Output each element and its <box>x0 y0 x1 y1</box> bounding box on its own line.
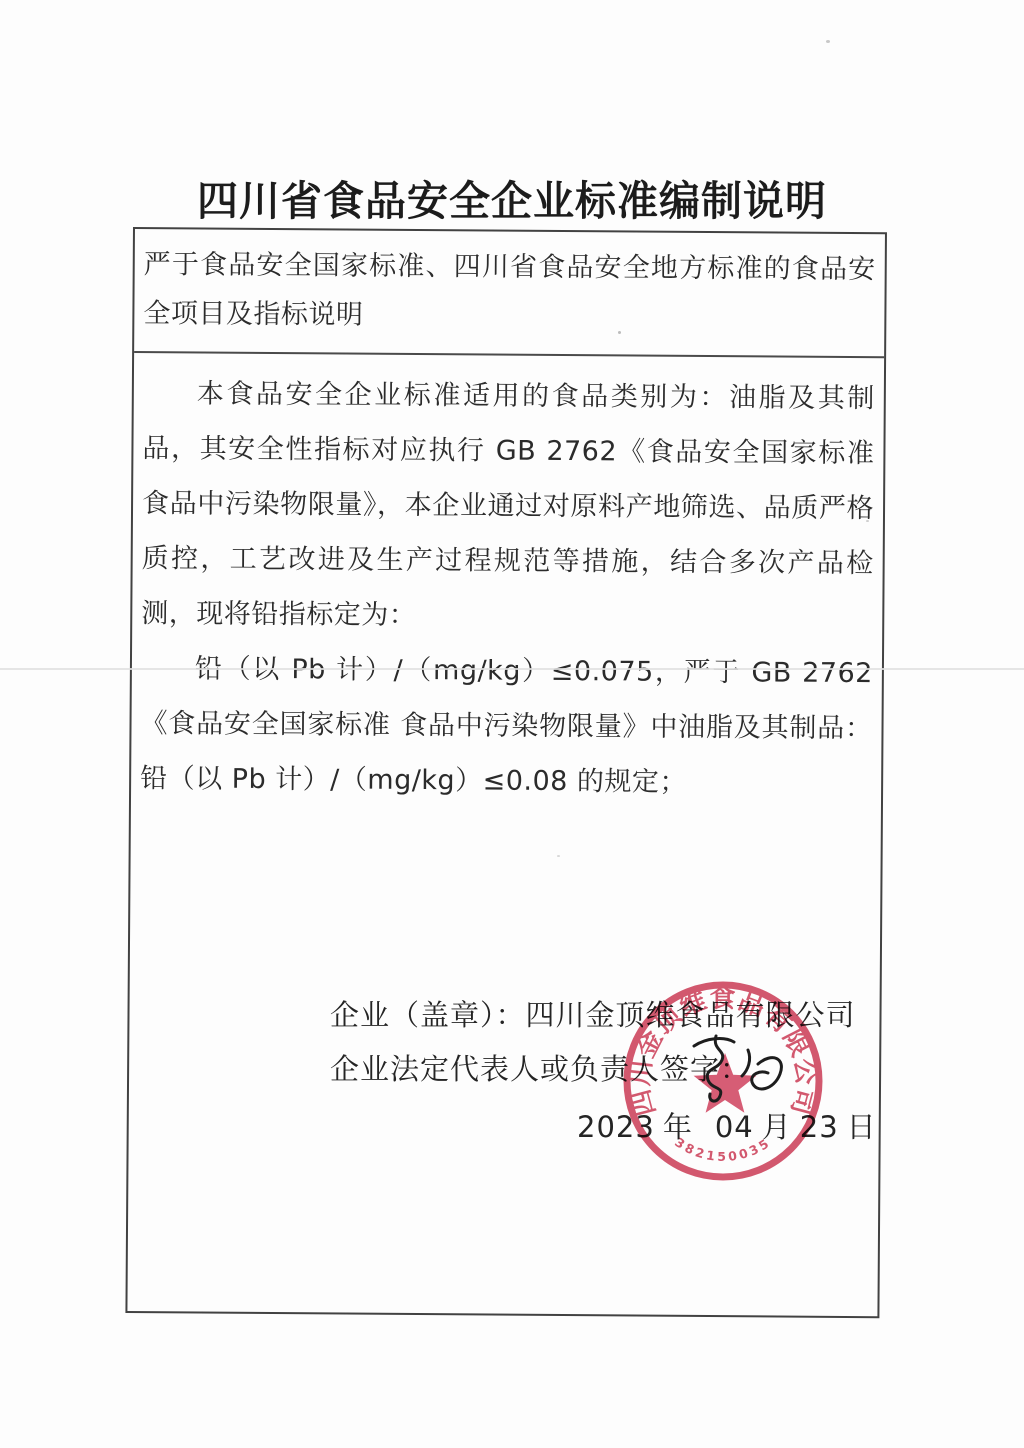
body-paragraph-2: 铅（以 Pb 计）/（mg/kg）≤0.075，严于 GB 2762《食品安全国… <box>140 641 873 811</box>
body-paragraph-1: 本食品安全企业标准适用的食品类别为：油脂及其制品，其安全性指标对应执行 GB 2… <box>141 366 875 646</box>
table-header-text: 严于食品安全国家标准、四川省食品安全地方标准的食品安全项目及指标说明 <box>143 249 876 331</box>
scanned-document-page: 四川省食品安全企业标准编制说明 严于食品安全国家标准、四川省食品安全地方标准的食… <box>0 0 1024 1448</box>
handwritten-signature <box>680 1024 800 1114</box>
company-seal-label: 企业（盖章）： <box>330 998 526 1032</box>
scan-speck <box>618 331 621 334</box>
scan-speck <box>866 520 869 522</box>
page-title: 四川省食品安全企业标准编制说明 <box>0 168 1024 227</box>
table-header-row: 严于食品安全国家标准、四川省食品安全地方标准的食品安全项目及指标说明 <box>134 229 885 358</box>
date-day-unit: 日 <box>847 1110 877 1144</box>
table-body-cell: 本食品安全企业标准适用的食品类别为：油脂及其制品，其安全性指标对应执行 GB 2… <box>131 353 884 824</box>
scan-speck <box>826 40 830 43</box>
scan-artifact-line <box>0 668 1024 670</box>
scan-speck <box>557 855 560 857</box>
signature-stroke-2 <box>707 1036 722 1101</box>
signature-stroke-4 <box>752 1058 782 1089</box>
signature-stroke-3 <box>742 1050 750 1076</box>
